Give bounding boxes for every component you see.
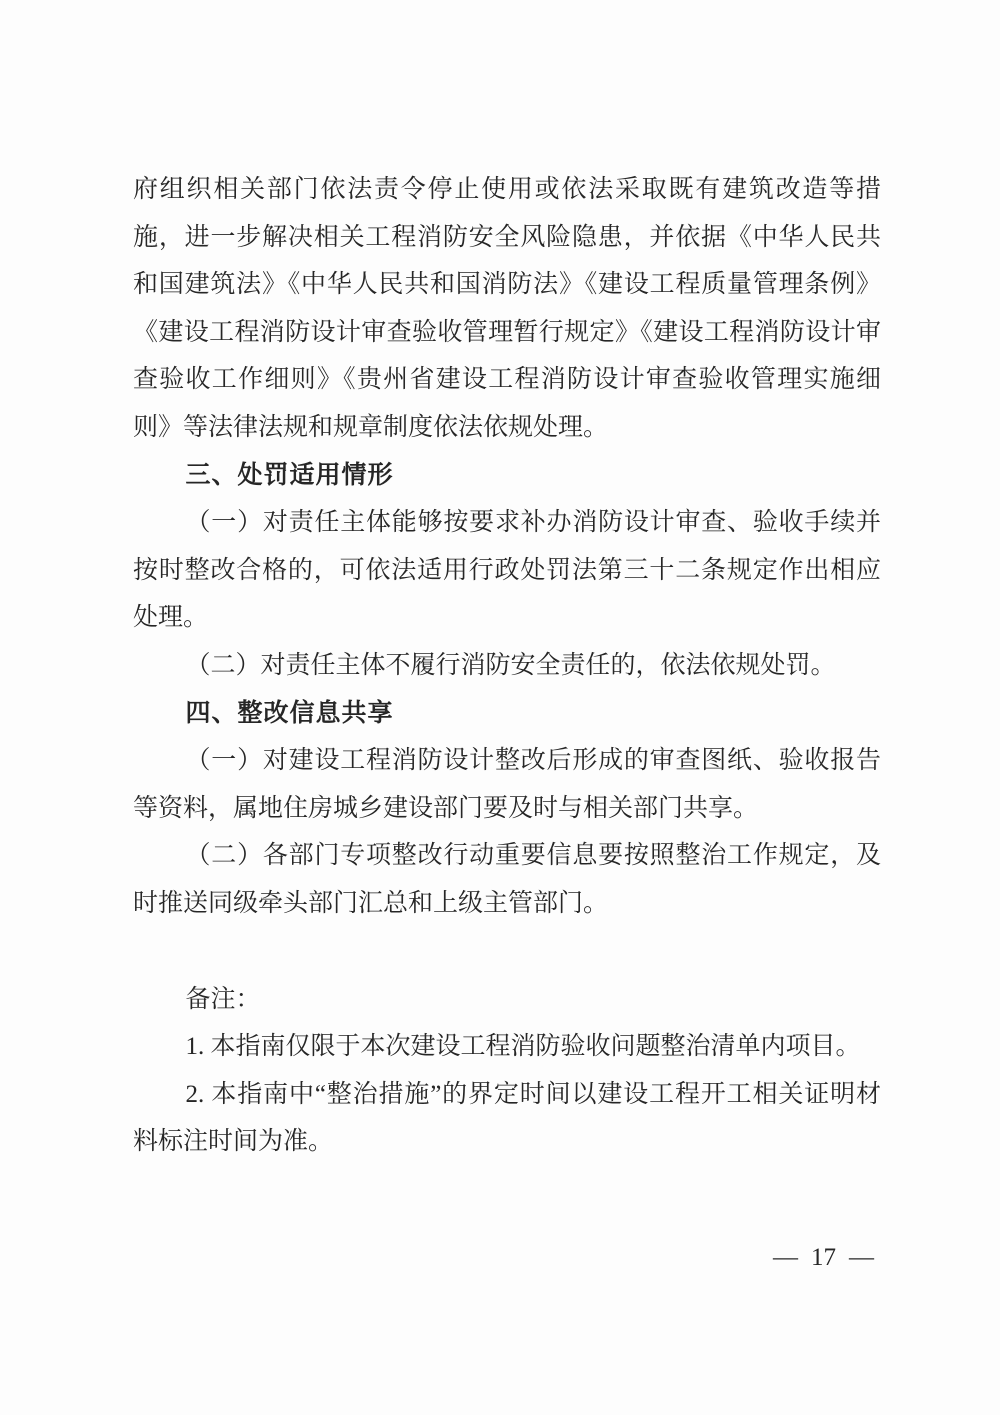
paragraph: （一）对责任主体能够按要求补办消防设计审查、验收手续并按时整改合格的，可依法适用…	[133, 499, 881, 642]
note-item: 2. 本指南中“整治措施”的界定时间以建设工程开工相关证明材料标注时间为准。	[133, 1071, 881, 1166]
footer-dash-right: —	[849, 1244, 874, 1271]
paragraph: （一）对建设工程消防设计整改后形成的审查图纸、验收报告等资料，属地住房城乡建设部…	[133, 737, 881, 832]
page-number: 17	[811, 1244, 836, 1271]
paragraph-continuation: 府组织相关部门依法责令停止使用或依法采取既有建筑改造等措施，进一步解决相关工程消…	[133, 166, 881, 452]
paragraph: （二）各部门专项整改行动重要信息要按照整治工作规定，及时推送同级牵头部门汇总和上…	[133, 832, 881, 927]
paragraph: （二）对责任主体不履行消防安全责任的，依法依规处罚。	[133, 642, 881, 690]
section-heading-rectification-info-sharing: 四、整改信息共享	[133, 690, 881, 738]
footer-dash-left: —	[773, 1244, 798, 1271]
blank-line	[133, 928, 881, 976]
document-page: 府组织相关部门依法责令停止使用或依法采取既有建筑改造等措施，进一步解决相关工程消…	[0, 0, 1000, 1415]
page-footer: —17—	[773, 1243, 874, 1273]
note-item: 1. 本指南仅限于本次建设工程消防验收问题整治清单内项目。	[133, 1023, 881, 1071]
document-body: 府组织相关部门依法责令停止使用或依法采取既有建筑改造等措施，进一步解决相关工程消…	[133, 166, 881, 1166]
notes-label: 备注：	[133, 976, 881, 1024]
section-heading-penalty-situations: 三、处罚适用情形	[133, 452, 881, 500]
